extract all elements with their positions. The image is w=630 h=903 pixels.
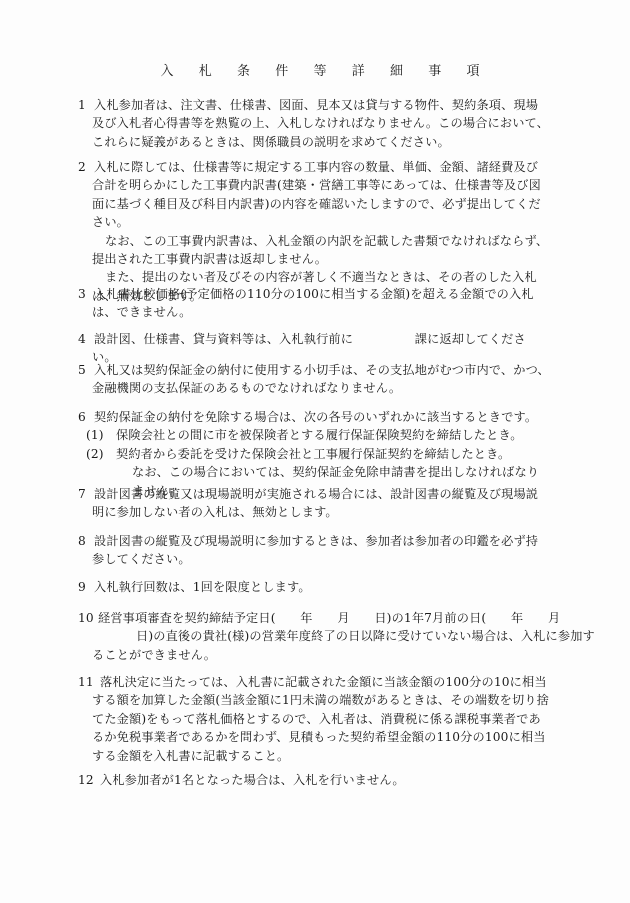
title-char: 詳 [351,63,365,81]
clause-number: 4 [78,330,86,348]
clause-number: 11 [78,673,94,691]
sub-item-label: (2) [86,445,116,463]
clause-text: 入札又は契約保証金の納付に使用する小切手は、その支払地がむつ市内で、かつ、金融機… [92,361,550,398]
clause-text: 入札参加者は、注文書、仕様書、図面、見本又は貸与する物件、契約条項、現場及び入札… [92,96,550,151]
clause-text: 落札決定に当たっては、入札書に記載された金額に当該金額の100分の10に相当する… [92,673,550,765]
clause-text: ることができません。 [92,646,550,664]
clause-text: 契約保証金の納付を免除する場合は、次の各号のいずれかに該当するときです。 [92,408,550,426]
clause-number: 7 [78,485,86,503]
title-char: 事 [428,63,442,81]
clause-number: 5 [78,361,86,379]
clause-number: 3 [78,285,86,303]
document-title: 入 札 条 件 等 詳 細 事 項 [160,63,480,81]
clause-text: 入札参加者が1名となった場合は、入札を行いません。 [92,771,550,789]
clause-text: 経営事項審査を契約締結予定日( 年 月 日)の1年7月前の日( 年 月 [98,609,550,627]
clause-text: 日)の直後の貴社(様)の営業年度終了の日以降に受けていない場合は、入札に参加す [92,627,550,645]
clause-text: 設計図書の縦覧又は現場説明が実施される場合には、設計図書の縦覧及び現場説明に参加… [92,485,550,522]
clause-2: 2 入札に際しては、仕様書等に規定する工事内容の数量、単価、金額、諸経費及び合計… [78,158,550,305]
sub-item-1: (1)保険会社との間に市を被保険者とする履行保証保険契約を締結したとき。 [78,426,550,444]
sub-item-2: (2)契約者から委託を受けた保険会社と工事履行保証契約を締結したとき。 [78,445,550,463]
clause-10: 10 経営事項審査を契約締結予定日( 年 月 日)の1年7月前の日( 年 月 日… [78,609,550,664]
clause-number: 8 [78,532,86,550]
clause-11: 11 落札決定に当たっては、入札書に記載された金額に当該金額の100分の10に相… [78,673,550,765]
clause-number: 1 [78,96,86,114]
sub-item-text: 保険会社との間に市を被保険者とする履行保証保険契約を締結したとき。 [116,428,523,442]
title-char: 細 [390,63,404,81]
clause-number: 2 [78,158,86,176]
document-page: 入 札 条 件 等 詳 細 事 項 1 入札参加者は、注文書、仕様書、図面、見本… [0,0,630,903]
clause-5: 5 入札又は契約保証金の納付に使用する小切手は、その支払地がむつ市内で、かつ、金… [78,361,550,398]
title-char: 条 [237,63,251,81]
clause-7: 7 設計図書の縦覧又は現場説明が実施される場合には、設計図書の縦覧及び現場説明に… [78,485,550,522]
title-char: 入 [160,63,174,81]
clause-text: なお、この工事費内訳書は、入札金額の内訳を記載した書類でなければならず、提出され… [92,232,550,269]
clause-number: 12 [78,771,94,789]
sub-item-label: (1) [86,426,116,444]
clause-number: 10 [78,609,94,627]
title-char: 等 [313,63,327,81]
title-char: 項 [466,63,480,81]
clause-number: 6 [78,408,86,426]
title-char: 件 [275,63,289,81]
clause-number: 9 [78,578,86,596]
clause-1: 1 入札参加者は、注文書、仕様書、図面、見本又は貸与する物件、契約条項、現場及び… [78,96,550,151]
sub-item-text: 契約者から委託を受けた保険会社と工事履行保証契約を締結したとき。 [116,447,510,461]
clause-3: 3 入札書比較価格(予定価格の110分の100に相当する金額)を超える金額での入… [78,285,550,322]
clause-9: 9 入札執行回数は、1回を限度とします。 [78,578,550,596]
title-char: 札 [198,63,212,81]
clause-8: 8 設計図書の縦覧及び現場説明に参加するときは、参加者は参加者の印鑑を必ず持参し… [78,532,550,569]
clause-12: 12 入札参加者が1名となった場合は、入札を行いません。 [78,771,550,789]
clause-text: 入札執行回数は、1回を限度とします。 [92,578,550,596]
clause-text: 設計図書の縦覧及び現場説明に参加するときは、参加者は参加者の印鑑を必ず持参してく… [92,532,550,569]
clause-text: 入札に際しては、仕様書等に規定する工事内容の数量、単価、金額、諸経費及び合計を明… [92,158,550,232]
clause-text: 入札書比較価格(予定価格の110分の100に相当する金額)を超える金額での入札は… [92,285,550,322]
